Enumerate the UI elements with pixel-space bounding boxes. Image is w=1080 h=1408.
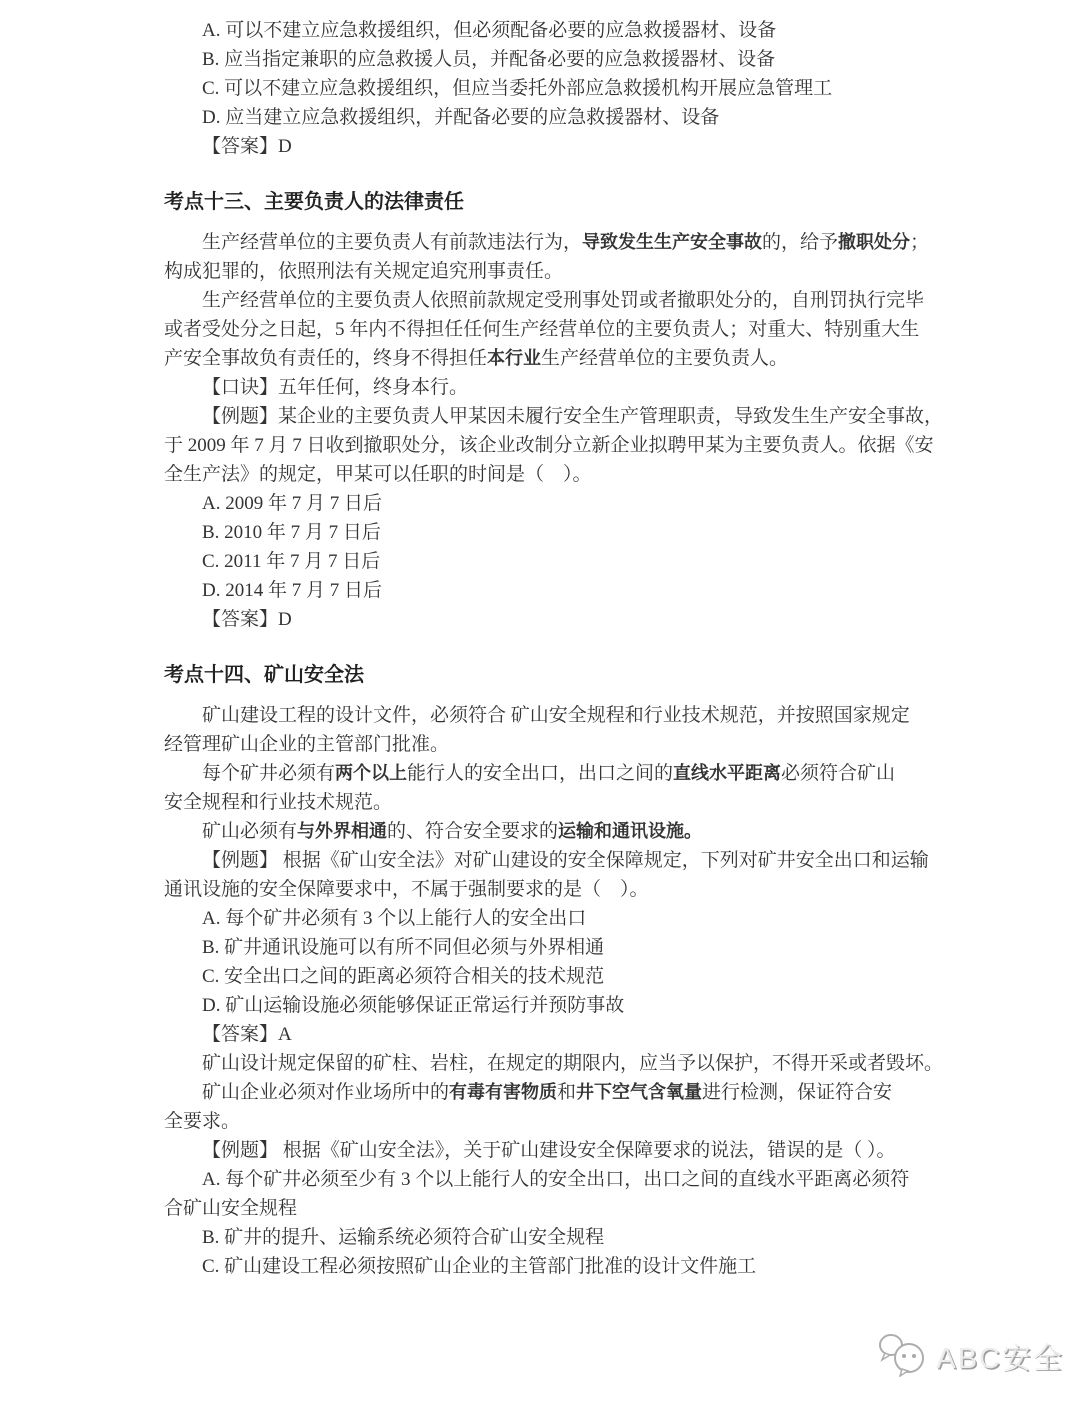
option-line: D. 2014 年 7 月 7 日后 — [164, 576, 964, 605]
doc-line: 安全规程和行业技术规范。 — [164, 788, 964, 817]
doc-line: 矿山建设工程的设计文件，必须符合 矿山安全规程和行业技术规范，并按照国家规定 — [164, 701, 964, 730]
doc-line: 【例题】某企业的主要负责人甲某因未履行安全生产管理职责，导致发生生产安全事故， — [164, 402, 964, 431]
option-line: A. 每个矿井必须至少有 3 个以上能行人的安全出口，出口之间的直线水平距离必须… — [164, 1165, 964, 1194]
doc-line: 经管理矿山企业的主管部门批准。 — [164, 730, 964, 759]
document-body: A. 可以不建立应急救援组织，但必须配备必要的应急救援器材、设备B. 应当指定兼… — [164, 0, 964, 1281]
doc-line: 生产经营单位的主要负责人有前款违法行为，导致发生生产安全事故的，给予撤职处分； — [164, 228, 964, 257]
section-heading: 考点十四、矿山安全法 — [164, 660, 964, 690]
doc-line: 或者受处分之日起，5 年内不得担任任何生产经营单位的主要负责人；对重大、特别重大… — [164, 315, 964, 344]
watermark: ABC安全 — [876, 1331, 1064, 1382]
section-heading: 考点十三、主要负责人的法律责任 — [164, 187, 964, 217]
option-line: B. 矿井的提升、运输系统必须符合矿山安全规程 — [164, 1223, 964, 1252]
option-line: A. 每个矿井必须有 3 个以上能行人的安全出口 — [164, 904, 964, 933]
answer-line: 【答案】D — [164, 605, 964, 634]
option-line: D. 应当建立应急救援组织，并配备必要的应急救援器材、设备 — [164, 103, 964, 132]
doc-line: 每个矿井必须有两个以上能行人的安全出口，出口之间的直线水平距离必须符合矿山 — [164, 759, 964, 788]
doc-line: 生产经营单位的主要负责人依照前款规定受刑事处罚或者撤职处分的，自刑罚执行完毕 — [164, 286, 964, 315]
doc-line: 全要求。 — [164, 1107, 964, 1136]
doc-line: 矿山必须有与外界相通的、符合安全要求的运输和通讯设施。 — [164, 817, 964, 846]
option-line: A. 可以不建立应急救援组织，但必须配备必要的应急救援器材、设备 — [164, 16, 964, 45]
option-line: B. 矿井通讯设施可以有所不同但必须与外界相通 — [164, 933, 964, 962]
watermark-label: ABC安全 — [936, 1336, 1064, 1377]
doc-line: 通讯设施的安全保障要求中，不属于强制要求的是（ ）。 — [164, 875, 964, 904]
option-line: D. 矿山运输设施必须能够保证正常运行并预防事故 — [164, 991, 964, 1020]
doc-line: 矿山设计规定保留的矿柱、岩柱，在规定的期限内，应当予以保护，不得开采或者毁坏。 — [164, 1049, 964, 1078]
document-page: A. 可以不建立应急救援组织，但必须配备必要的应急救援器材、设备B. 应当指定兼… — [0, 0, 1080, 1408]
doc-line: 全生产法》的规定，甲某可以任职的时间是（ ）。 — [164, 460, 964, 489]
option-line: A. 2009 年 7 月 7 日后 — [164, 489, 964, 518]
option-line: B. 2010 年 7 月 7 日后 — [164, 518, 964, 547]
option-line: B. 应当指定兼职的应急救援人员，并配备必要的应急救援器材、设备 — [164, 45, 964, 74]
option-line: C. 2011 年 7 月 7 日后 — [164, 547, 964, 576]
doc-line: 合矿山安全规程 — [164, 1194, 964, 1223]
doc-line: 矿山企业必须对作业场所中的有毒有害物质和井下空气含氧量进行检测，保证符合安 — [164, 1078, 964, 1107]
answer-line: 【答案】A — [164, 1020, 964, 1049]
doc-line: 构成犯罪的，依照刑法有关规定追究刑事责任。 — [164, 257, 964, 286]
answer-line: 【答案】D — [164, 132, 964, 161]
doc-line: 【例题】 根据《矿山安全法》对矿山建设的安全保障规定，下列对矿井安全出口和运输 — [164, 846, 964, 875]
option-line: C. 矿山建设工程必须按照矿山企业的主管部门批准的设计文件施工 — [164, 1252, 964, 1281]
option-line: C. 可以不建立应急救援组织，但应当委托外部应急救援机构开展应急管理工 — [164, 74, 964, 103]
doc-line: 【例题】 根据《矿山安全法》，关于矿山建设安全保障要求的说法，错误的是（ ）。 — [164, 1136, 964, 1165]
option-line: C. 安全出口之间的距离必须符合相关的技术规范 — [164, 962, 964, 991]
doc-line: 产安全事故负有责任的，终身不得担任本行业生产经营单位的主要负责人。 — [164, 344, 964, 373]
doc-line: 于 2009 年 7 月 7 日收到撤职处分，该企业改制分立新企业拟聘甲某为主要… — [164, 431, 964, 460]
wechat-icon — [876, 1331, 928, 1382]
doc-line: 【口诀】五年任何，终身本行。 — [164, 373, 964, 402]
